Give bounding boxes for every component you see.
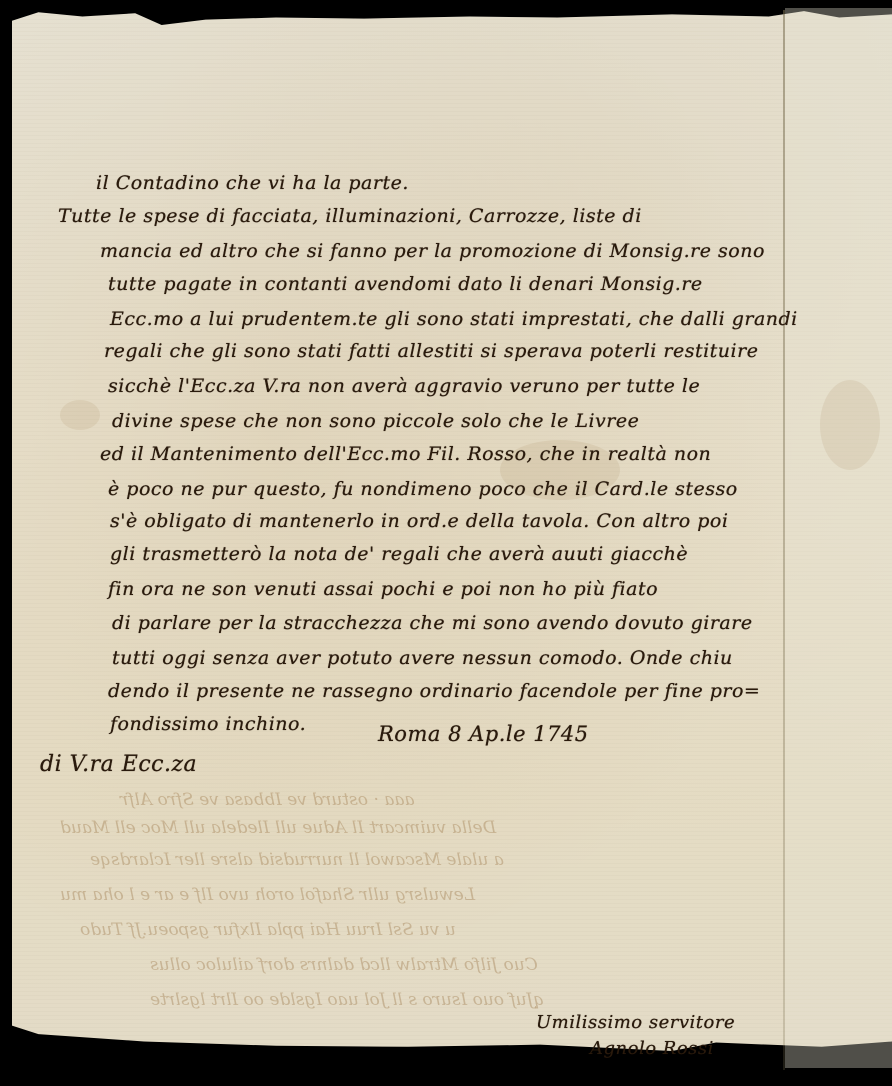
letter-line: regali che gli sono stati fatti allestit…: [104, 340, 758, 362]
letter-line: sicchè l'Ecc.za V.ra non averà aggravio …: [108, 375, 700, 397]
letter-line: è poco ne pur questo, fu nondimeno poco …: [108, 478, 738, 500]
letter-line: fin ora ne son venuti assai pochi e poi …: [108, 578, 658, 600]
letter-line: divine spese che non sono piccole solo c…: [112, 410, 639, 432]
letter-line: Ecc.mo a lui prudentem.te gli sono stati…: [110, 308, 798, 330]
signature-name: Agnolo Rossi: [590, 1038, 714, 1059]
letter-line: il Contadino che vi ha la parte.: [96, 172, 409, 194]
paper-fold-crease: [783, 10, 785, 1070]
paper-sheet: [12, 8, 892, 1068]
letter-line: s'è obligato di mantenerlo in ord.e dell…: [110, 510, 728, 532]
letter-line: ed il Mantenimento dell'Ecc.mo Fil. Ross…: [100, 443, 711, 465]
verso-bleed-through: aaa · osturd ve Ibbasa ve Sfro Alfr: [120, 790, 415, 810]
ink-stain: [820, 380, 880, 470]
address-line: di V.ra Ecc.za: [40, 752, 197, 777]
letter-line: gli trasmetterò la nota de' regali che a…: [110, 543, 688, 565]
verso-bleed-through: u vu Ssl Iruu Hai ppla Ilxfur gspoeu.Jf …: [80, 920, 456, 940]
ink-stain: [60, 400, 100, 430]
verso-bleed-through: Cuo Jilfo Mtralw llcd dalnrs dorf ailulo…: [150, 955, 538, 975]
letter-line: Tutte le spese di facciata, illuminazion…: [58, 205, 642, 227]
letter-line: mancia ed altro che si fanno per la prom…: [100, 240, 765, 262]
verso-bleed-through: a ulale Mscawol ll nurrudsid alsre ller …: [90, 850, 504, 870]
fold-panel: [785, 8, 892, 1068]
closing-salutation: Umilissimo servitore: [536, 1012, 735, 1033]
letter-line: di parlare per la stracchezza che mi son…: [112, 612, 753, 634]
dateline: Roma 8 Ap.le 1745: [378, 722, 589, 746]
verso-bleed-through: Lewulsrg ullr Shafol oroh uvo Ilf e ar e…: [60, 885, 475, 905]
letter-line: tutte pagate in contanti avendomi dato l…: [108, 273, 703, 295]
letter-line: tutti oggi senza aver potuto avere nessu…: [112, 647, 733, 669]
letter-line: dendo il presente ne rassegno ordinario …: [108, 680, 760, 702]
letter-line: fondissimo inchino.: [110, 713, 306, 735]
verso-bleed-through: qJuf ouo Isuro s ll Jol uao Igslde oo Il…: [150, 990, 544, 1010]
verso-bleed-through: Della vuimcart Il Adue ull Iledela ull M…: [60, 818, 496, 838]
